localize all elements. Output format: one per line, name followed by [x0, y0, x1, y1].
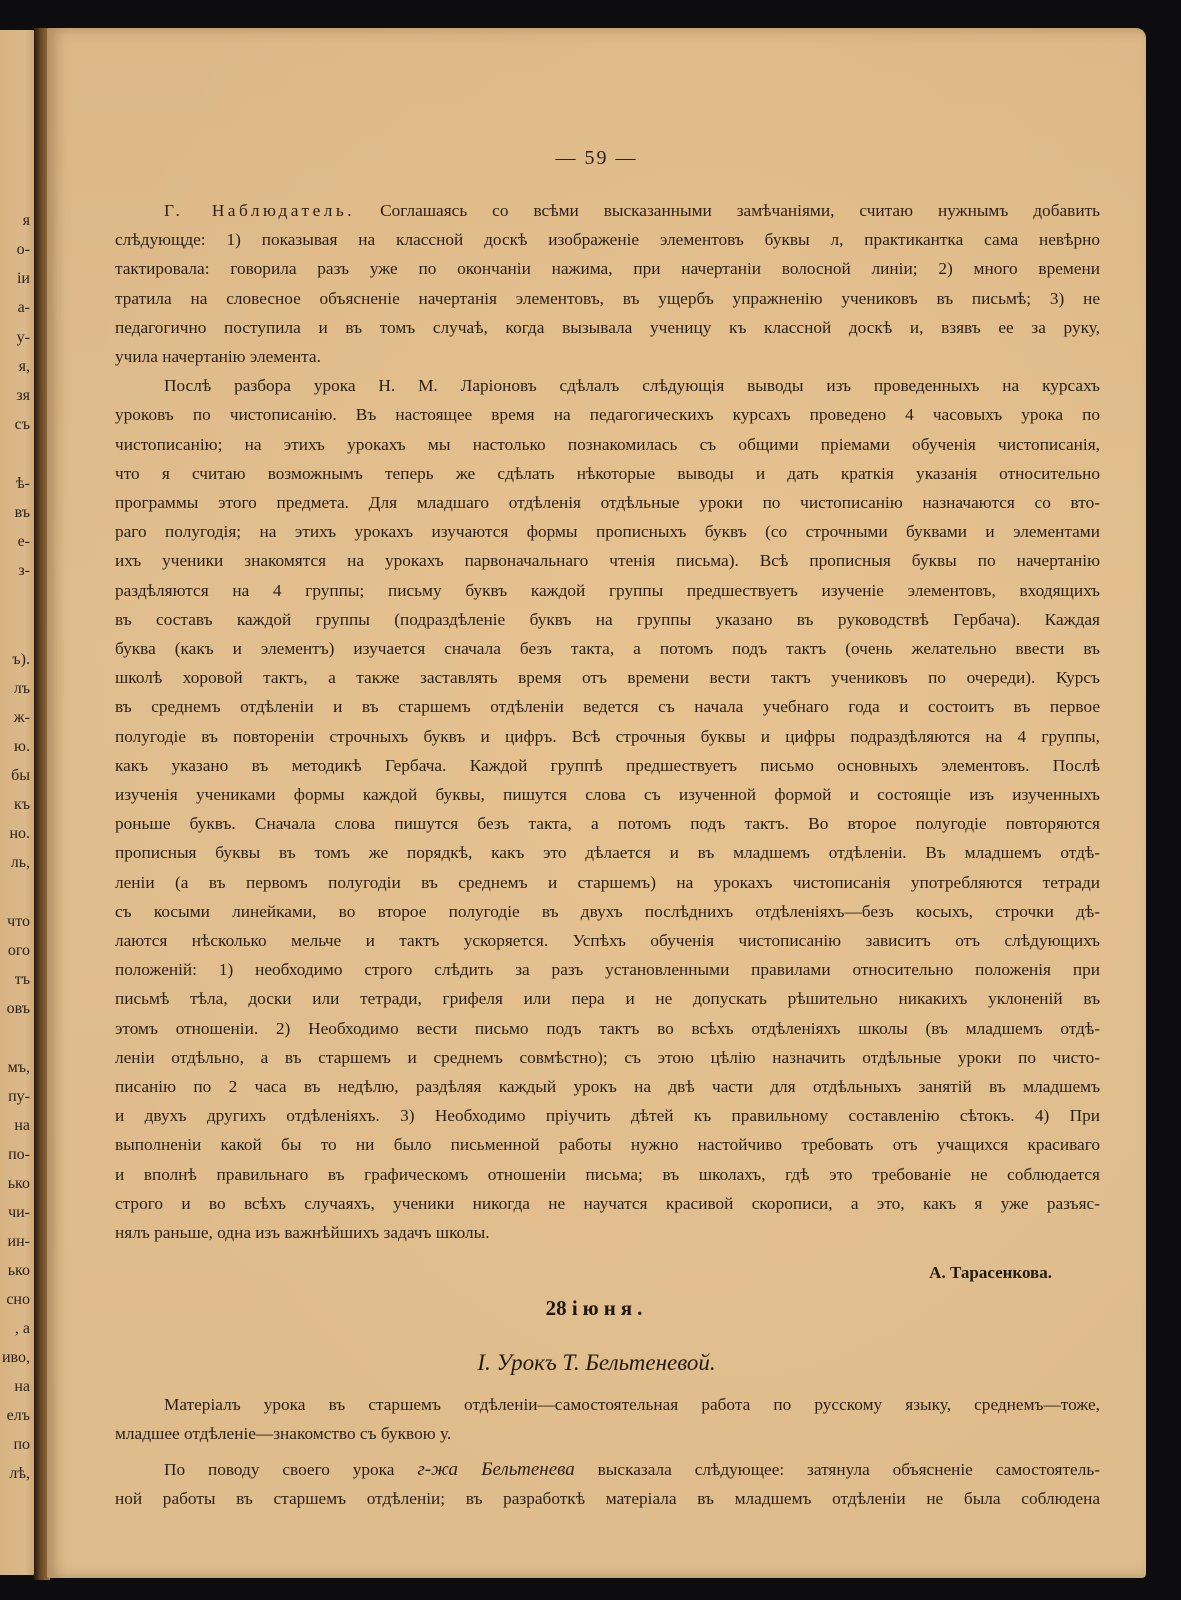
paragraph2-line-17: прописныя буквы въ томъ же порядкѣ, какъ…	[115, 843, 1100, 863]
previous-page-fragment: а-	[18, 300, 30, 316]
previous-page-fragment: ин-	[8, 1234, 30, 1250]
previous-page-fragment: на	[14, 1379, 30, 1395]
paragraph2-line-24: леніи отдѣльно, а въ старшемъ и среднемъ…	[115, 1048, 1100, 1068]
paragraph4-line-2: ной работы въ старшемъ отдѣленіи; въ раз…	[115, 1489, 1100, 1509]
previous-page-fragment: сно	[6, 1292, 30, 1308]
previous-page-fragment: на	[14, 1118, 30, 1134]
previous-page-fragment: ль,	[11, 855, 30, 871]
previous-page-fragment: бы	[11, 768, 30, 784]
previous-page-fragment: что	[7, 914, 30, 930]
previous-page-fragment: іи	[17, 271, 30, 287]
paragraph2-line-28: и вполнѣ правильнаго въ графическомъ отн…	[115, 1165, 1100, 1185]
paragraph2-line-20: лаются нѣсколько мельче и тактъ ускоряет…	[115, 931, 1100, 951]
book-page: — 59 — Г. Наблюдатель. Соглашаясь со всѣ…	[47, 28, 1146, 1578]
paragraph4-line-1: По поводу своего урока г-жа Бельтенева в…	[164, 1460, 1100, 1480]
previous-page-fragment: тъ	[15, 972, 30, 988]
paragraph1-line-6: учила начертанію элемента.	[115, 347, 1100, 367]
signature: А. Тарасенкова.	[929, 1263, 1052, 1283]
paragraph4-name-italic: г-жа Бельтенева	[417, 1459, 574, 1480]
previous-page-fragment: но.	[9, 826, 30, 842]
previous-page-fragment: я,	[19, 359, 30, 375]
speaker-label: Г. Наблюдатель.	[164, 201, 355, 220]
previous-page-fragment: въ	[15, 505, 30, 521]
paragraph1-line-2: слѣдующде: 1) показывая на классной доск…	[115, 230, 1100, 250]
paragraph2-line-25: писанію по 2 часа въ недѣлю, раздѣляя ка…	[115, 1077, 1100, 1097]
paragraph2-line-6: раго полугодія; на этихъ урокахъ изучают…	[115, 522, 1100, 542]
paragraph1-text: Соглашаясь со всѣми высказанными замѣчан…	[380, 201, 1100, 220]
paragraph2-line-27: выполненіи какой бы то ни было письменно…	[115, 1135, 1100, 1155]
paragraph2-line-14: какъ указано въ методикѣ Гербача. Каждой…	[115, 756, 1100, 776]
section-date-heading: 28 іюня.	[47, 1296, 1146, 1321]
paragraph2-line-13: полугодіе въ повтореніи строчныхъ буквъ …	[115, 727, 1100, 747]
previous-page-fragment: у-	[17, 330, 30, 346]
paragraph2-line-22: письмѣ тѣла, доски или тетради, грифеля …	[115, 989, 1100, 1009]
previous-page-fragment: я	[23, 213, 30, 229]
paragraph2-line-9: въ составъ каждой группы (подраздѣленіе …	[115, 610, 1100, 630]
previous-page-fragment: мъ,	[8, 1060, 30, 1076]
paragraph2-line-4: что я считаю возможнымъ теперь же сдѣлат…	[115, 464, 1100, 484]
paragraph2-line-10: буква (какъ и элементъ) изучается сначал…	[115, 639, 1100, 659]
paragraph2-line-30: нялъ раньше, одна изъ важнѣйшихъ задачъ …	[115, 1223, 1100, 1243]
paragraph3-line-2: младшее отдѣленіе—знакомство съ буквою у…	[115, 1424, 1100, 1444]
previous-page-fragment: ѣ-	[16, 476, 30, 492]
section-date-day: 28	[546, 1296, 567, 1320]
previous-page-fragment: по-	[8, 1147, 30, 1163]
paragraph2-line-2: уроковъ по чистописанію. Въ настоящее вр…	[115, 405, 1100, 425]
paragraph2-line-19: съ косыми линейками, во второе полугодіе…	[115, 902, 1100, 922]
paragraph2-line-18: леніи (а въ первомъ полугодіи въ среднем…	[115, 873, 1100, 893]
paragraph1-line-1: Г. Наблюдатель. Соглашаясь со всѣми выск…	[164, 201, 1100, 221]
previous-page-fragment: лъ	[14, 681, 30, 697]
paragraph2-line-21: положеній: 1) необходимо строго слѣдить …	[115, 960, 1100, 980]
previous-page-fragment: ъ).	[12, 652, 30, 668]
lesson-heading: I. Урокъ Т. Бельтеневой.	[47, 1350, 1146, 1376]
paragraph1-line-4: тратила на словесное объясненіе начертан…	[115, 289, 1100, 309]
previous-page-fragment: е-	[18, 534, 30, 550]
previous-page-fragment: ого	[8, 943, 30, 959]
paragraph2-line-8: раздѣляются на 4 группы; письму буквъ ка…	[115, 581, 1100, 601]
paragraph3-line-1: Матеріалъ урока въ старшемъ отдѣленіи—са…	[164, 1395, 1100, 1415]
previous-page-fragment: съ	[15, 417, 30, 433]
previous-page-fragment: зя	[16, 388, 30, 404]
previous-page-fragment: иво,	[2, 1350, 30, 1366]
paragraph2-line-1: Послѣ разбора урока Н. М. Ларіоновъ сдѣл…	[164, 376, 1100, 396]
previous-page-fragment: лѣ,	[9, 1466, 30, 1482]
paragraph2-line-7: ихъ ученики знакомятся на урокахъ парвон…	[115, 551, 1100, 571]
paragraph2-line-15: изученія учениками формы каждой буквы, п…	[115, 785, 1100, 805]
previous-page-fragment: чи-	[8, 1205, 30, 1221]
paragraph2-line-5: программы этого предмета. Для младшаго о…	[115, 493, 1100, 513]
previous-page-fragment: ько	[8, 1263, 30, 1279]
previous-page-fragment: овъ	[7, 1001, 30, 1017]
paragraph2-line-26: и двухъ другихъ отдѣленіяхъ. 3) Необходи…	[115, 1106, 1100, 1126]
paragraph2-line-23: этомъ отношеніи. 2) Необходимо вести пис…	[115, 1019, 1100, 1039]
paragraph2-line-12: въ среднемъ отдѣленіи и въ старшемъ отдѣ…	[115, 697, 1100, 717]
paragraph2-line-16: роньше буквъ. Сначала слова пишутся безъ…	[115, 814, 1100, 834]
paragraph1-line-3: тактировала: говорила разъ уже по оконча…	[115, 259, 1100, 279]
previous-page-fragment: , а	[15, 1321, 30, 1337]
previous-page-fragment: ж-	[14, 710, 30, 726]
paragraph2-line-11: школѣ хоровой тактъ, а также заставлять …	[115, 668, 1100, 688]
previous-page-fragment: елъ	[7, 1408, 30, 1424]
previous-page-fragment: къ	[14, 797, 30, 813]
paragraph4-text-cont: высказала слѣдующее: затянула объясненіе…	[575, 1460, 1100, 1479]
previous-page-fragment: ю.	[14, 739, 30, 755]
previous-page-fragment: пу-	[8, 1089, 30, 1105]
previous-page-fragment: по	[13, 1437, 30, 1453]
previous-page-fragment: ько	[8, 1176, 30, 1192]
paragraph2-line-29: строго и во всѣхъ случаяхъ, ученики нико…	[115, 1194, 1100, 1214]
paragraph4-text: По поводу своего урока	[164, 1460, 417, 1479]
previous-page-fragment: о-	[17, 242, 30, 258]
section-date-month: іюня.	[572, 1296, 648, 1320]
previous-page-fragment: з-	[18, 563, 30, 579]
paragraph2-line-3: чистописанію; на этихъ урокахъ мы настол…	[115, 435, 1100, 455]
previous-page-edge: яо-іиа-у-я,зясъѣ-въе-з-ъ).лъж-ю.быкъно.л…	[0, 30, 36, 1575]
page-number: — 59 —	[47, 147, 1146, 170]
paragraph1-line-5: педагогично поступила и въ томъ случаѣ, …	[115, 318, 1100, 338]
